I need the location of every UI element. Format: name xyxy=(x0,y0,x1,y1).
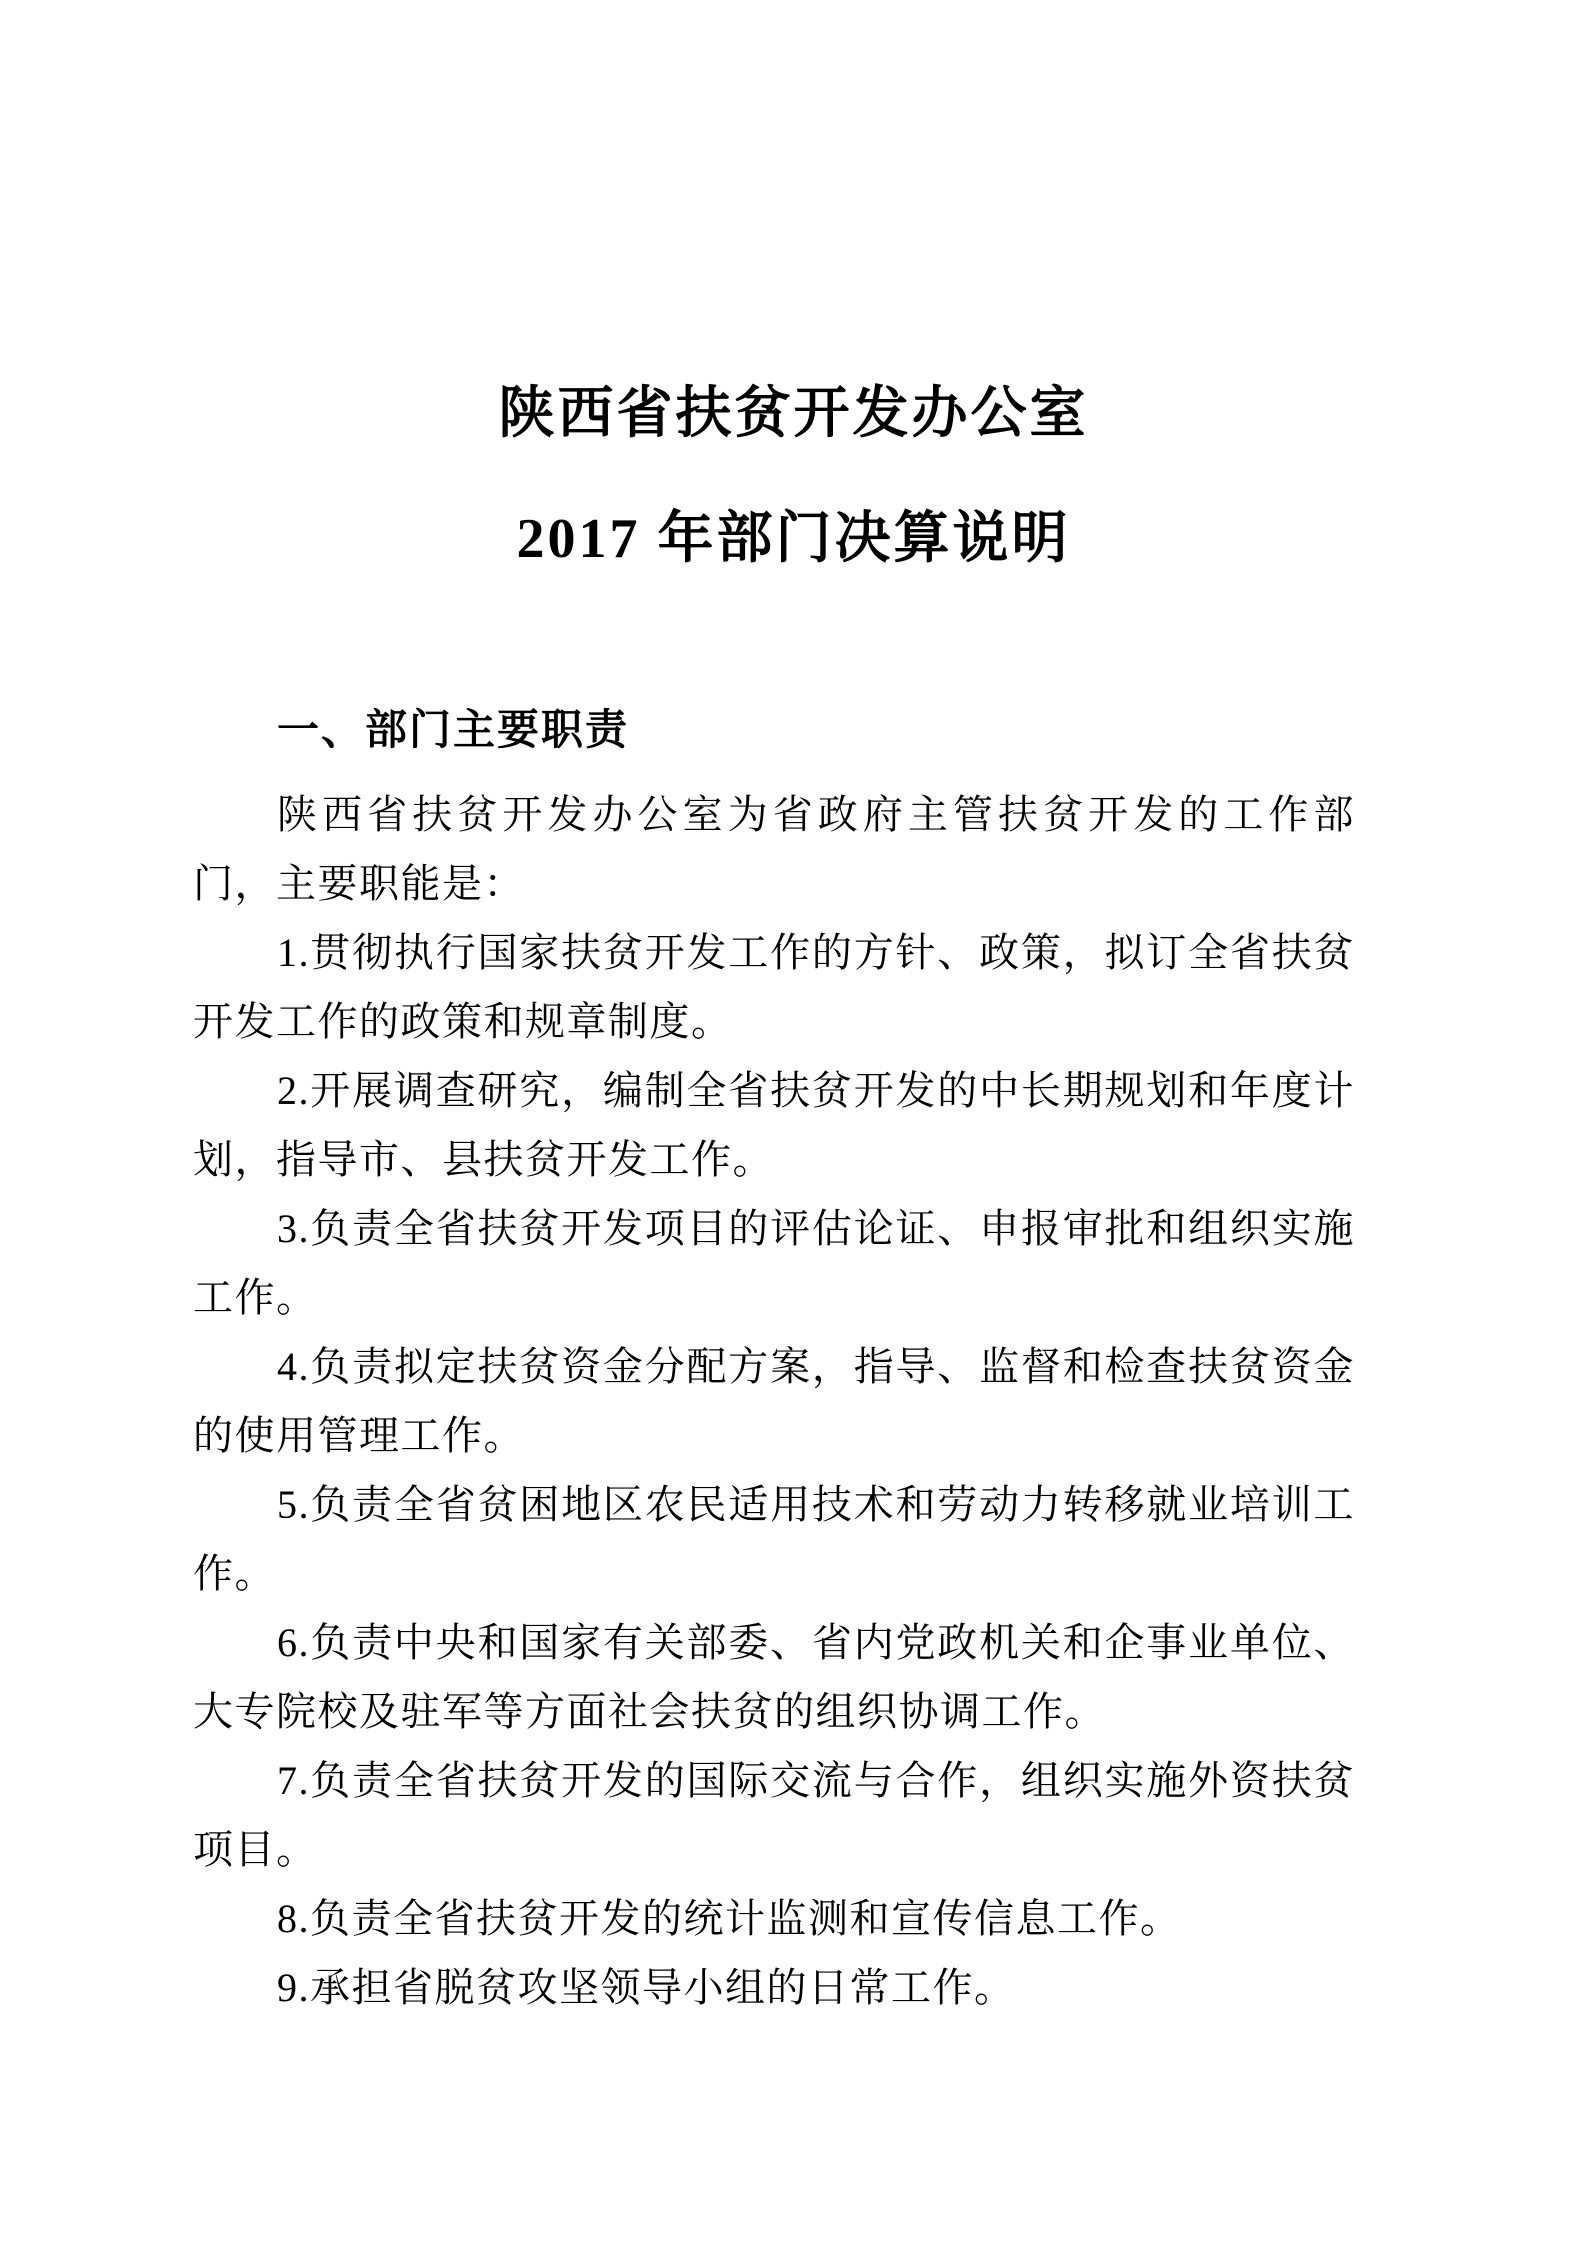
intro-paragraph: 陕西省扶贫开发办公室为省政府主管扶贫开发的工作部门，主要职能是： xyxy=(193,780,1355,918)
list-item-paragraph-7: 7.负责全省扶贫开发的国际交流与合作，组织实施外资扶贫项目。 xyxy=(193,1746,1355,1884)
document-title-line1: 陕西省扶贫开发办公室 xyxy=(0,0,1587,444)
list-item-paragraph-2: 2.开展调查研究，编制全省扶贫开发的中长期规划和年度计划，指导市、县扶贫开发工作… xyxy=(193,1056,1355,1194)
document-title-line2: 2017 年部门决算说明 xyxy=(0,509,1587,569)
section-heading: 一、部门主要职责 xyxy=(193,705,1355,755)
list-item-paragraph-5: 5.负责全省贫困地区农民适用技术和劳动力转移就业培训工作。 xyxy=(193,1470,1355,1608)
list-item-paragraph-1: 1.贯彻执行国家扶贫开发工作的方针、政策，拟订全省扶贫开发工作的政策和规章制度。 xyxy=(193,918,1355,1056)
list-item-paragraph-4: 4.负责拟定扶贫资金分配方案，指导、监督和检查扶贫资金的使用管理工作。 xyxy=(193,1332,1355,1470)
list-item-paragraph-3: 3.负责全省扶贫开发项目的评估论证、申报审批和组织实施工作。 xyxy=(193,1194,1355,1332)
list-item-paragraph-9: 9.承担省脱贫攻坚领导小组的日常工作。 xyxy=(193,1953,1355,2022)
list-item-paragraph-8: 8.负责全省扶贫开发的统计监测和宣传信息工作。 xyxy=(193,1884,1355,1953)
list-item-paragraph-6: 6.负责中央和国家有关部委、省内党政机关和企事业单位、大专院校及驻军等方面社会扶… xyxy=(193,1608,1355,1746)
document-page: 陕西省扶贫开发办公室 2017 年部门决算说明 一、部门主要职责 陕西省扶贫开发… xyxy=(0,0,1587,2245)
document-body: 一、部门主要职责 陕西省扶贫开发办公室为省政府主管扶贫开发的工作部门，主要职能是… xyxy=(193,705,1355,2022)
